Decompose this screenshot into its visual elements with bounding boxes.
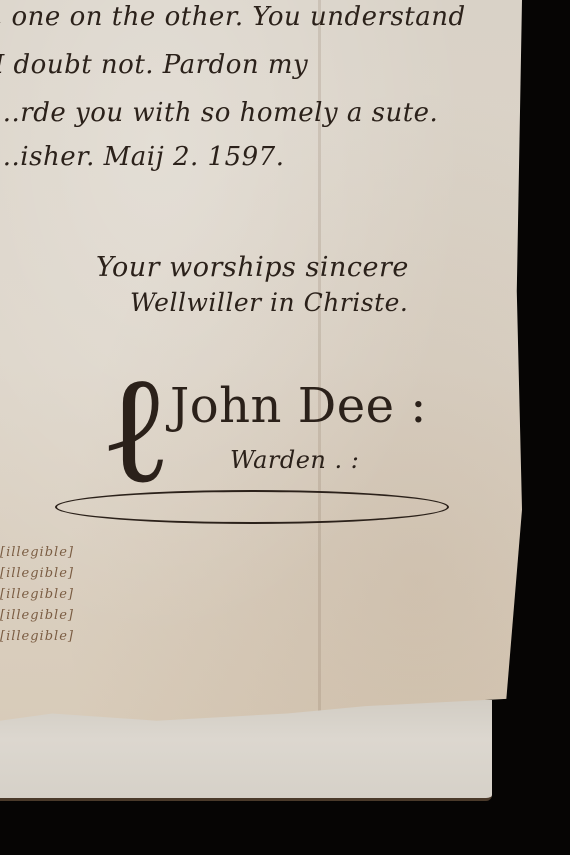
body-line-2: I doubt not. Pardon my [0, 50, 308, 80]
later-annotation: [illegible] [illegible] [illegible] [ill… [0, 545, 510, 675]
closing-line-1: Your worships sincere [96, 252, 409, 283]
signature-flourish-icon: ℓ [100, 355, 172, 505]
letter-page: , one on the other. You understand I dou… [0, 0, 522, 728]
annotation-line: [illegible] [0, 629, 510, 644]
signature-title: Warden . : [230, 446, 359, 474]
body-line-1: , one on the other. You understand [0, 2, 466, 32]
date-line: ...isher. Maij 2. 1597. [0, 142, 284, 172]
annotation-line: [illegible] [0, 587, 510, 602]
signature-name: John Dee : [170, 378, 427, 434]
signature-underline-flourish [55, 490, 449, 524]
annotation-line: [illegible] [0, 608, 510, 623]
annotation-line: [illegible] [0, 566, 510, 581]
body-line-3: ...rde you with so homely a sute. [0, 98, 438, 128]
closing-line-2: Wellwiller in Christe. [130, 288, 408, 317]
annotation-line: [illegible] [0, 545, 510, 560]
